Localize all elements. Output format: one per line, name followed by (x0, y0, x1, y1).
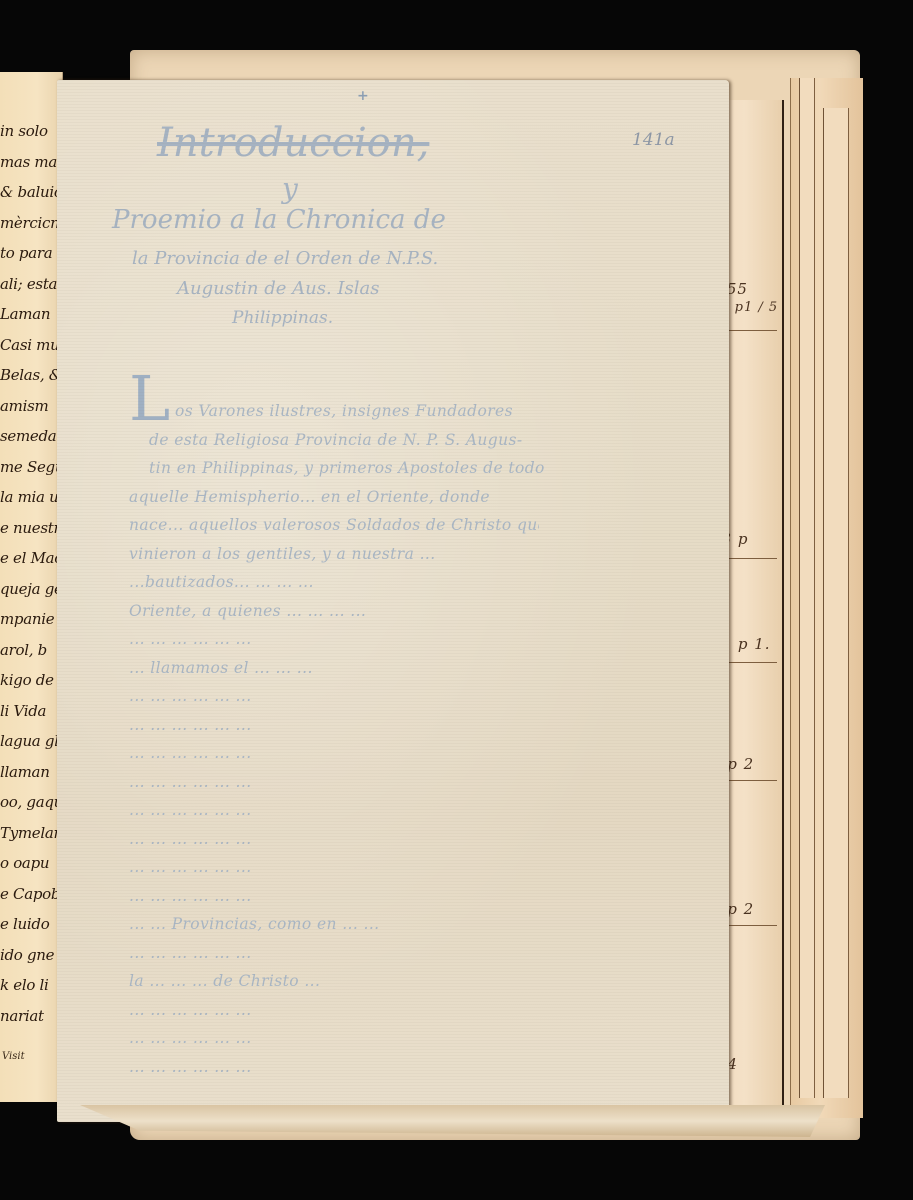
manuscript-line: ... ... ... ... ... ... (129, 630, 539, 648)
page-edge-strip (799, 78, 815, 1098)
left-page-line: ido gne (0, 946, 58, 964)
manuscript-line: vinieron a los gentiles, y a nuestra ... (129, 545, 539, 563)
title-proemio: Proemio a la Chronica de (112, 205, 446, 235)
left-page-line: & baluic (0, 183, 58, 201)
title-conjunction: y (282, 172, 298, 205)
manuscript-line: ... ... ... ... ... ... (129, 1058, 539, 1076)
manuscript-line: ... ... ... ... ... ... (129, 687, 539, 705)
title-philippinas: Philippinas. (232, 308, 333, 328)
left-page-line: oo, gaqui (0, 793, 58, 811)
left-page-line: mèrcicn (0, 214, 58, 232)
left-page-footer: Visit (2, 1051, 25, 1062)
manuscript-line: la ... ... ... de Christo ... (129, 972, 539, 990)
left-page-line: mpanie (0, 610, 58, 628)
manuscript-line: ... ... ... ... ... ... (129, 858, 539, 876)
manuscript-line: ... ... ... ... ... ... (129, 944, 539, 962)
left-page-line: o oapu (0, 854, 58, 872)
manuscript-line: ... ... ... ... ... ... (129, 716, 539, 734)
left-page-line: nariat (0, 1007, 58, 1025)
left-page-line: in solo (0, 122, 58, 140)
left-page-line: e nuestras (0, 519, 58, 537)
manuscript-line: tin en Philippinas, y primeros Apostoles… (149, 459, 559, 477)
left-page-line: semedab (0, 427, 58, 445)
manuscript-line: ... ... Provincias, como en ... ... (129, 915, 539, 933)
left-page-line: me Segun (0, 458, 58, 476)
manuscript-line: ... ... ... ... ... ... (129, 1029, 539, 1047)
left-page-line: li Vida (0, 702, 58, 720)
left-page-line: queja ge (0, 580, 58, 598)
manuscript-line: ... ... ... ... ... ... (129, 744, 539, 762)
manuscript-line: de esta Religiosa Provincia de N. P. S. … (149, 431, 559, 449)
manuscript-line: ...bautizados... ... ... ... (129, 573, 539, 591)
left-page-line: k elo li (0, 976, 58, 994)
left-page-line: e luido (0, 915, 58, 933)
page-edge-strip (823, 108, 849, 1098)
left-page-line: e Capob (0, 885, 58, 903)
left-page-line: llaman (0, 763, 58, 781)
manuscript-line: ... llamamos el ... ... ... (129, 659, 539, 677)
manuscript-line: ... ... ... ... ... ... (129, 773, 539, 791)
folio-number: 141a (632, 130, 675, 150)
page-stack-right-edge (790, 78, 863, 1118)
left-page-line: Casi muest (0, 336, 58, 354)
manuscript-line: ... ... ... ... ... ... (129, 1001, 539, 1019)
left-page-line: arol, b (0, 641, 58, 659)
left-page-line: mas ma (0, 153, 58, 171)
manuscript-line: nace... aquellos valerosos Soldados de C… (129, 516, 539, 534)
manuscript-line: ... ... ... ... ... ... (129, 801, 539, 819)
left-page-line: Belas, & (0, 366, 58, 384)
manuscript-line: ... ... ... ... ... ... (129, 830, 539, 848)
left-page-line: kigo de (0, 671, 58, 689)
left-page-line: e el Maca (0, 549, 58, 567)
left-page-line: la mia u (0, 488, 58, 506)
left-facing-page: in solomas ma& baluicmèrcicnto paraali; … (0, 72, 63, 1102)
left-page-line: lagua gl (0, 732, 58, 750)
left-page-line: amism (0, 397, 58, 415)
manuscript-line: ... ... ... ... ... ... (129, 887, 539, 905)
manuscript-line: aquelle Hemispherio... en el Oriente, do… (129, 488, 539, 506)
cross-mark: + (357, 88, 369, 104)
left-page-line: Laman (0, 305, 58, 323)
left-page-line: Tymelane (0, 824, 58, 842)
main-folio-page: + 141a Introduccion, y Proemio a la Chro… (57, 80, 729, 1122)
title-introduccion: Introduccion, (157, 120, 429, 166)
manuscript-line: os Varones ilustres, insignes Fundadores (175, 402, 585, 420)
left-page-line: to para (0, 244, 58, 262)
left-page-line: ali; esta (0, 275, 58, 293)
manuscript-line: Oriente, a quienes ... ... ... ... (129, 602, 539, 620)
title-augustin: Augustin de Aus. Islas (177, 278, 380, 299)
drop-cap: L (129, 368, 170, 430)
title-provincia: la Provincia de el Orden de N.P.S. (132, 248, 438, 269)
